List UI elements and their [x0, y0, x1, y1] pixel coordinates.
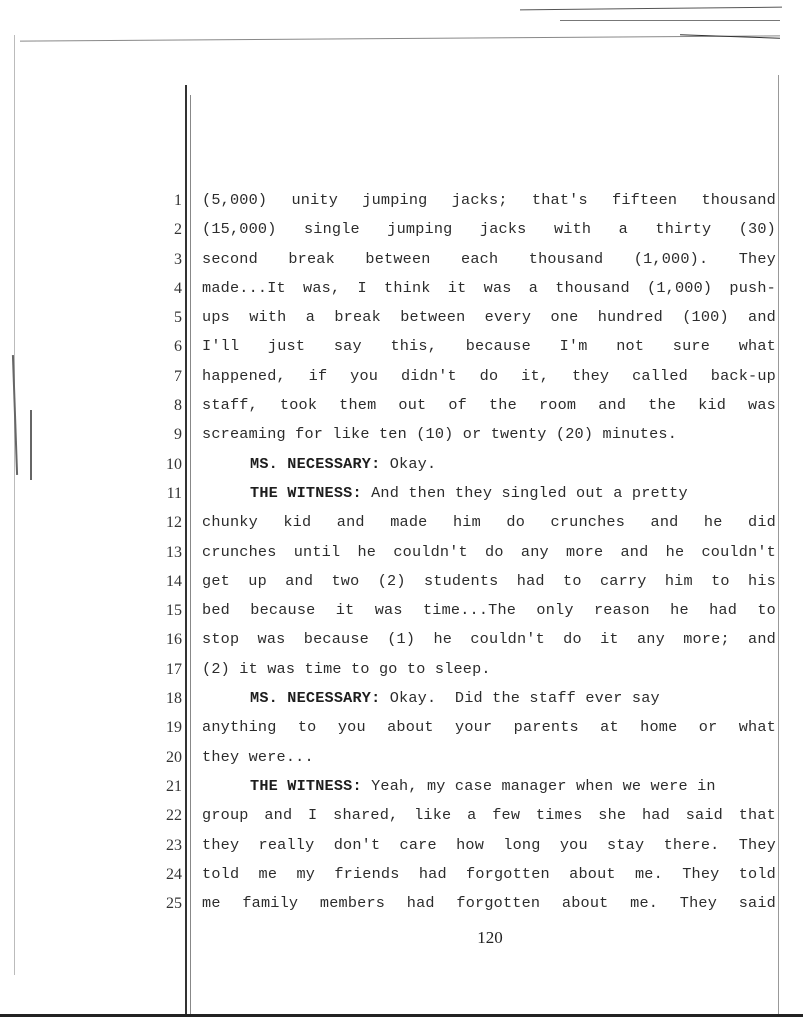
line-text: MS. NECESSARY: Okay.	[202, 450, 776, 479]
transcript-line: 17(2) it was time to go to sleep.	[150, 655, 780, 684]
speaker-label: THE WITNESS:	[250, 777, 362, 795]
line-text: chunky kid and made him do crunches and …	[202, 508, 776, 537]
transcript-line: 7happened, if you didn't do it, they cal…	[150, 362, 780, 391]
line-number: 23	[150, 831, 182, 860]
line-text: second break between each thousand (1,00…	[202, 245, 776, 274]
line-number: 21	[150, 772, 182, 801]
scan-artifact	[560, 20, 780, 21]
line-text: (5,000) unity jumping jacks; that's fift…	[202, 186, 776, 215]
line-number: 16	[150, 625, 182, 654]
scan-edge	[14, 35, 15, 975]
transcript-line: 16stop was because (1) he couldn't do it…	[150, 625, 780, 654]
transcript-line: 2(15,000) single jumping jacks with a th…	[150, 215, 780, 244]
line-number: 20	[150, 743, 182, 772]
line-text: ups with a break between every one hundr…	[202, 303, 776, 332]
speaker-label: MS. NECESSARY:	[250, 455, 380, 473]
line-text: THE WITNESS: And then they singled out a…	[202, 479, 776, 508]
speech-text: Okay.	[380, 455, 436, 473]
line-number: 2	[150, 215, 182, 244]
line-number: 9	[150, 420, 182, 449]
transcript-line: 25me family members had forgotten about …	[150, 889, 780, 918]
line-text: they really don't care how long you stay…	[202, 831, 776, 860]
line-text: bed because it was time...The only reaso…	[202, 596, 776, 625]
line-text: me family members had forgotten about me…	[202, 889, 776, 918]
transcript-line: 8staff, took them out of the room and th…	[150, 391, 780, 420]
speech-text: Okay. Did the staff ever say	[380, 689, 659, 707]
transcript-line: 1(5,000) unity jumping jacks; that's fif…	[150, 186, 780, 215]
line-text: stop was because (1) he couldn't do it a…	[202, 625, 776, 654]
line-number: 18	[150, 684, 182, 713]
line-text: THE WITNESS: Yeah, my case manager when …	[202, 772, 776, 801]
line-number: 4	[150, 274, 182, 303]
transcript-line: 10MS. NECESSARY: Okay.	[150, 450, 780, 479]
line-number: 5	[150, 303, 182, 332]
line-number: 19	[150, 713, 182, 742]
transcript-line: 3second break between each thousand (1,0…	[150, 245, 780, 274]
line-text: anything to you about your parents at ho…	[202, 713, 776, 742]
line-text: (15,000) single jumping jacks with a thi…	[202, 215, 776, 244]
speaker-label: THE WITNESS:	[250, 484, 362, 502]
transcript-line: 19anything to you about your parents at …	[150, 713, 780, 742]
line-number: 1	[150, 186, 182, 215]
line-number: 11	[150, 479, 182, 508]
line-number: 10	[150, 450, 182, 479]
line-number: 14	[150, 567, 182, 596]
scan-artifact	[12, 355, 18, 475]
line-number: 3	[150, 245, 182, 274]
line-number: 22	[150, 801, 182, 830]
scan-artifact	[30, 410, 32, 480]
line-text: MS. NECESSARY: Okay. Did the staff ever …	[202, 684, 776, 713]
transcript-body: 1(5,000) unity jumping jacks; that's fif…	[150, 186, 780, 918]
transcript-line: 21THE WITNESS: Yeah, my case manager whe…	[150, 772, 780, 801]
line-number: 15	[150, 596, 182, 625]
line-number: 8	[150, 391, 182, 420]
transcript-line: 13crunches until he couldn't do any more…	[150, 538, 780, 567]
speech-text: Yeah, my case manager when we were in	[362, 777, 716, 795]
transcript-line: 6I'll just say this, because I'm not sur…	[150, 332, 780, 361]
line-text: crunches until he couldn't do any more a…	[202, 538, 776, 567]
line-number: 6	[150, 332, 182, 361]
line-text: get up and two (2) students had to carry…	[202, 567, 776, 596]
line-text: told me my friends had forgotten about m…	[202, 860, 776, 889]
line-text: made...It was, I think it was a thousand…	[202, 274, 776, 303]
transcript-line: 24told me my friends had forgotten about…	[150, 860, 780, 889]
scan-artifact	[520, 7, 782, 11]
transcript-line: 22group and I shared, like a few times s…	[150, 801, 780, 830]
line-text: (2) it was time to go to sleep.	[202, 655, 776, 684]
scan-artifact	[20, 35, 780, 41]
transcript-line: 5ups with a break between every one hund…	[150, 303, 780, 332]
speech-text: And then they singled out a pretty	[362, 484, 688, 502]
transcript-line: 11THE WITNESS: And then they singled out…	[150, 479, 780, 508]
transcript-line: 18MS. NECESSARY: Okay. Did the staff eve…	[150, 684, 780, 713]
transcript-line: 20they were...	[150, 743, 780, 772]
transcript-line: 9screaming for like ten (10) or twenty (…	[150, 420, 780, 449]
line-text: group and I shared, like a few times she…	[202, 801, 776, 830]
line-text: they were...	[202, 743, 776, 772]
line-text: happened, if you didn't do it, they call…	[202, 362, 776, 391]
line-text: screaming for like ten (10) or twenty (2…	[202, 420, 776, 449]
line-number: 25	[150, 889, 182, 918]
line-number: 17	[150, 655, 182, 684]
page-number: 120	[470, 928, 510, 948]
transcript-line: 4made...It was, I think it was a thousan…	[150, 274, 780, 303]
line-text: I'll just say this, because I'm not sure…	[202, 332, 776, 361]
transcript-line: 15bed because it was time...The only rea…	[150, 596, 780, 625]
transcript-line: 23they really don't care how long you st…	[150, 831, 780, 860]
transcript-line: 12chunky kid and made him do crunches an…	[150, 508, 780, 537]
line-number: 13	[150, 538, 182, 567]
transcript-line: 14get up and two (2) students had to car…	[150, 567, 780, 596]
line-number: 12	[150, 508, 182, 537]
line-number: 7	[150, 362, 182, 391]
speaker-label: MS. NECESSARY:	[250, 689, 380, 707]
line-number: 24	[150, 860, 182, 889]
line-text: staff, took them out of the room and the…	[202, 391, 776, 420]
